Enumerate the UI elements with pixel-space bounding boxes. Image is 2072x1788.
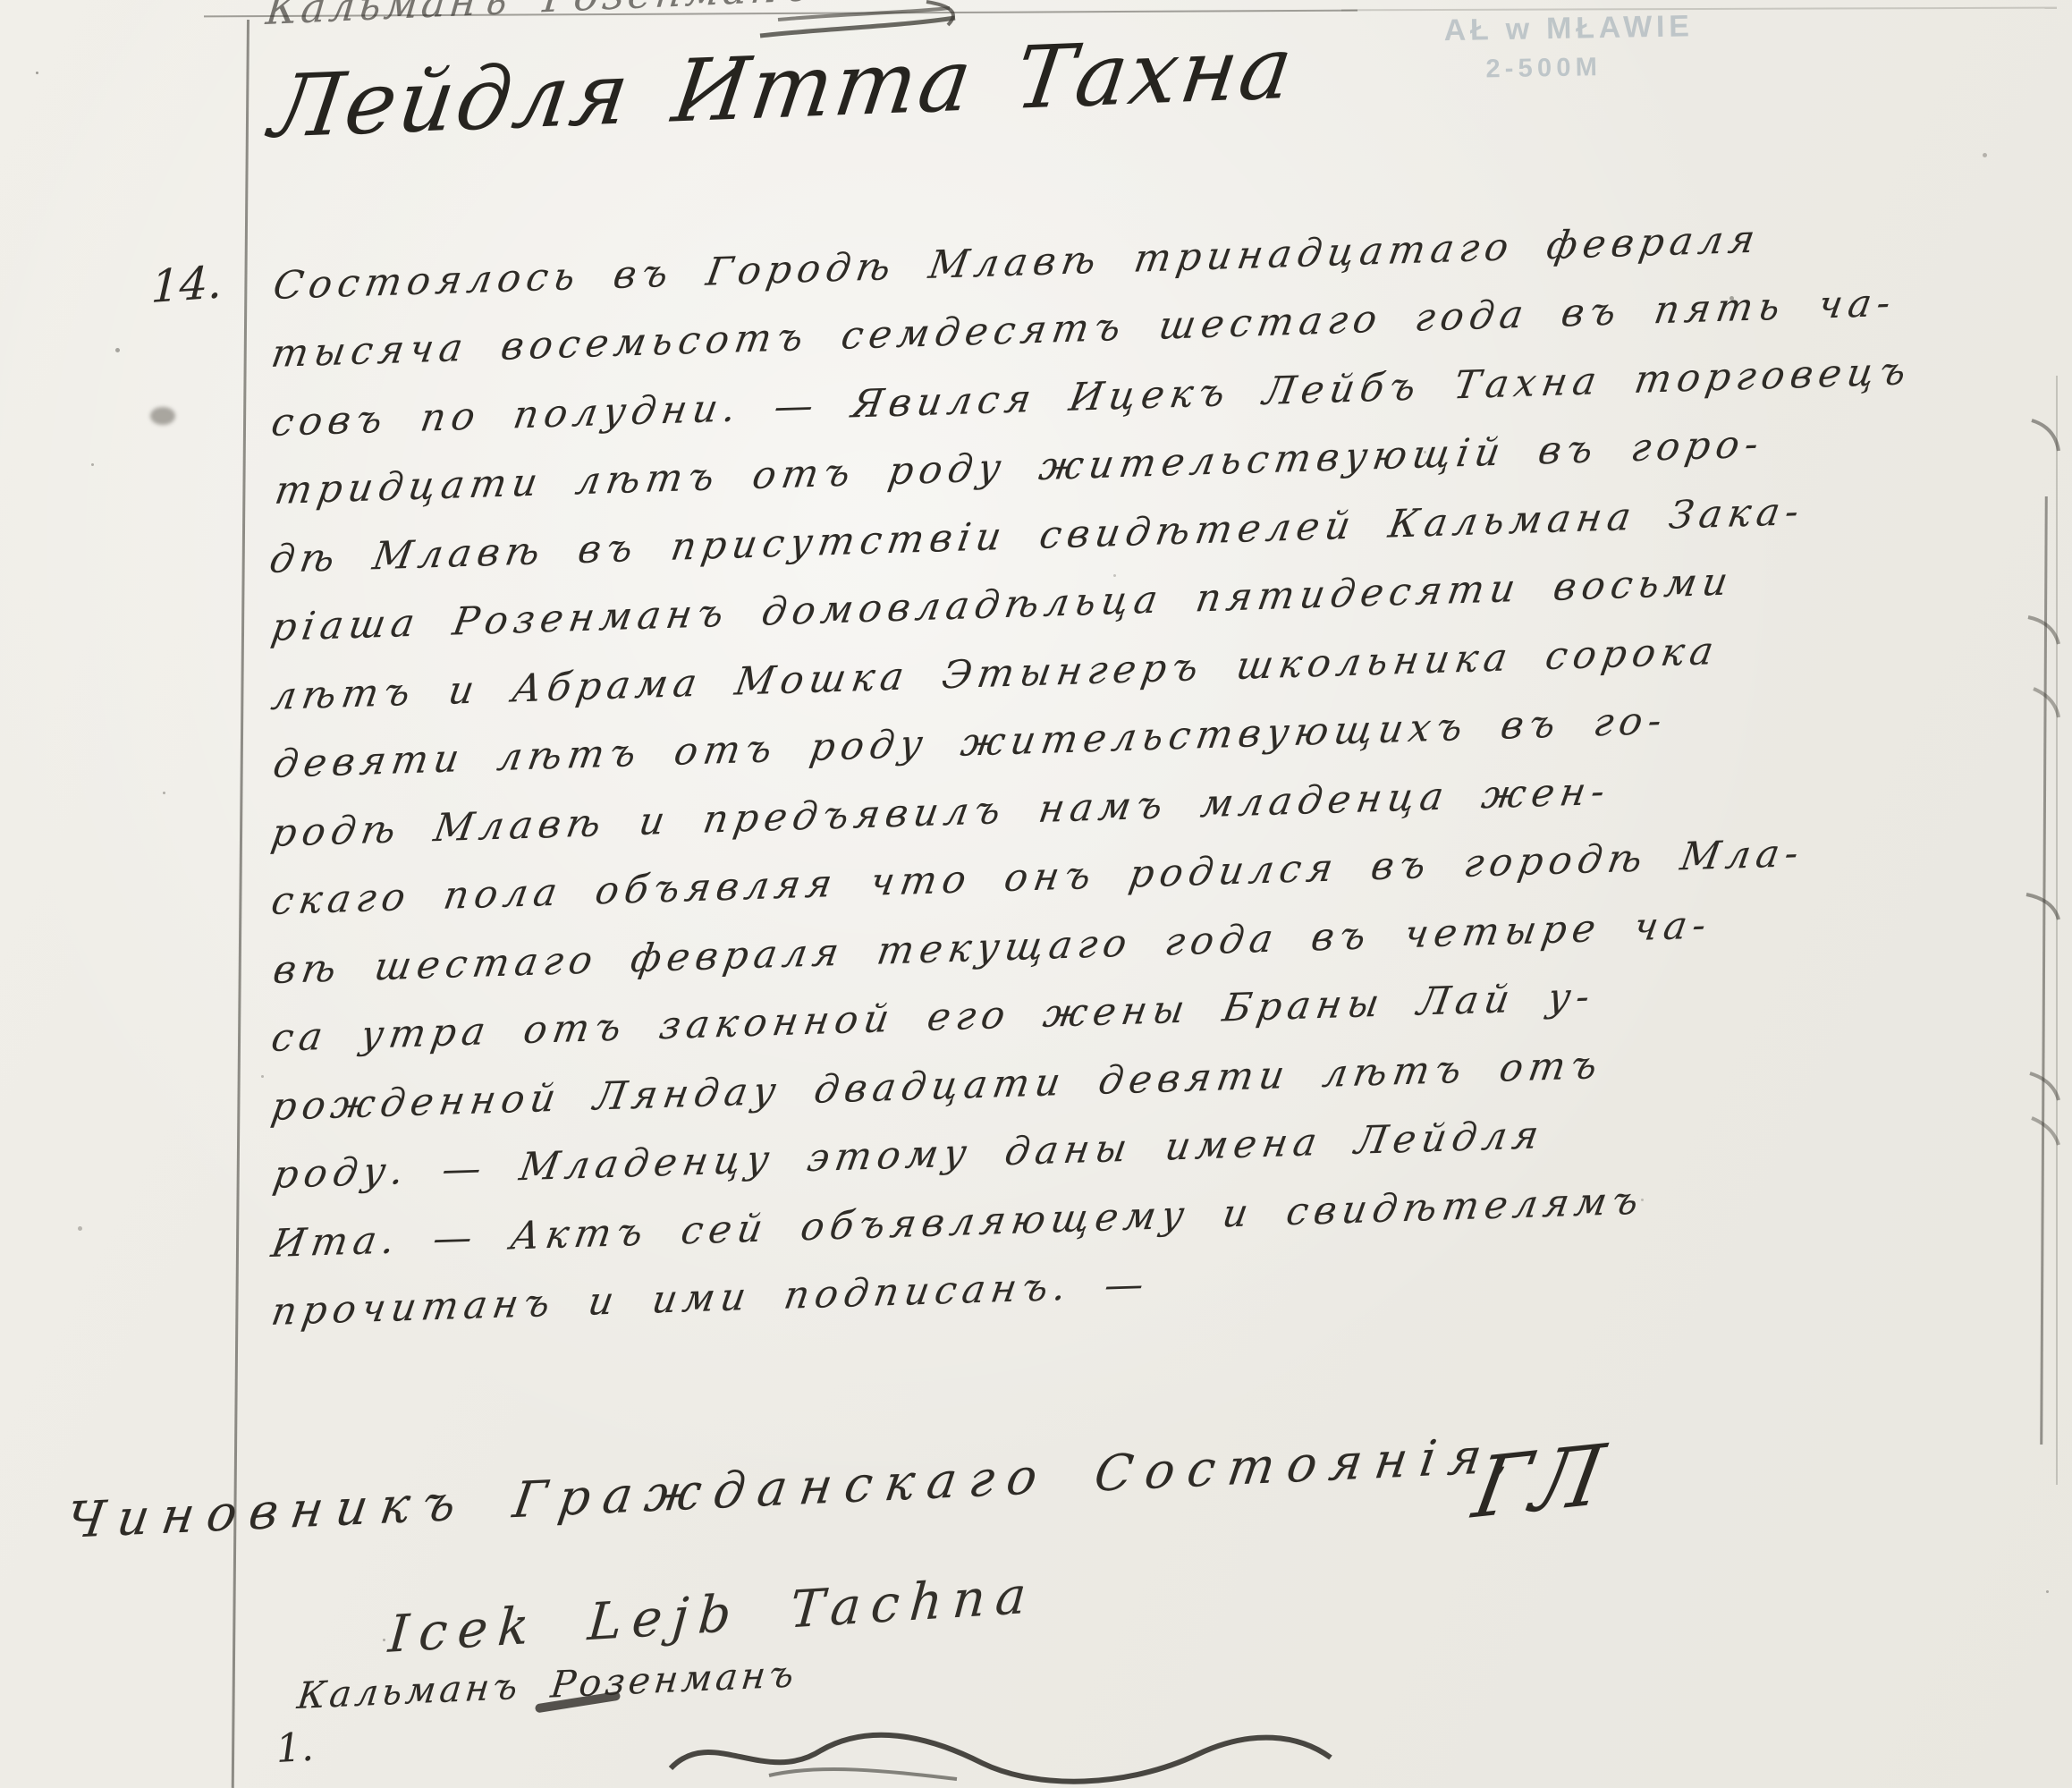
- record-line: са утра отъ законной его жены Браны Лай …: [268, 974, 1599, 1061]
- act-number: 14.: [150, 256, 223, 313]
- stamp-line-1: AŁ w MŁAWIE: [1443, 8, 1766, 48]
- ink-blot: [150, 407, 175, 425]
- bleedthrough-marks: [2014, 394, 2071, 1216]
- record-line: роду. — Младенцу этому даны имена Лейдля: [270, 1113, 1547, 1198]
- footnote-mark: 1.: [275, 1724, 315, 1772]
- margin-note-top: Кальманъ Розенманъ: [264, 0, 815, 34]
- signature-latin: Icek Lejb Tachna: [386, 1565, 1038, 1665]
- stamp-line-2: 2-500M: [1485, 50, 1767, 84]
- act-heading: Лейдля Итта Тахна: [265, 17, 1300, 157]
- paper-specks: [36, 72, 38, 74]
- record-line: прочитанъ и ими подписанъ. —: [268, 1262, 1153, 1335]
- signature-flourish: [662, 1713, 1341, 1788]
- registrar-title: Чиновникъ Гражданскаго Состоянія,: [63, 1426, 1527, 1549]
- registrar-paraph: ГЛ: [1467, 1426, 1614, 1538]
- printed-stamp: AŁ w MŁAWIE 2-500M: [1443, 8, 1766, 85]
- scanned-birth-record-page: AŁ w MŁAWIE 2-500M Кальманъ Розенманъ Ле…: [0, 0, 2072, 1788]
- record-line: Ита. — Актъ сей объявляющему и свидѣтеля…: [268, 1179, 1647, 1267]
